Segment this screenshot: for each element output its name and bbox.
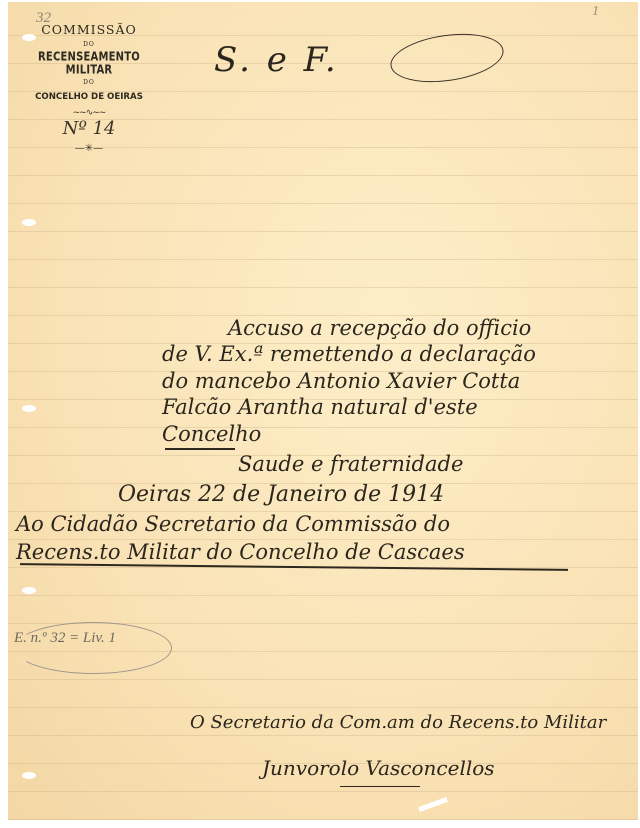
body-line: de V. Ex.ª remettendo a declaração [162,342,536,366]
ornament-icon: ~~∿~~ [14,108,164,118]
body-line: Falcão Arantha natural d'este [162,395,478,419]
letterhead: COMMISSÃO DO RECENSEAMENTO MILITAR DO CO… [14,20,164,154]
page-number: 1 [592,4,599,20]
letterhead-concelho: CONCELHO DE OEIRAS [14,92,164,102]
letterhead-commissao: COMMISSÃO [14,22,164,37]
document-number: Nº 14 [14,118,164,139]
body-line: do mancebo Antonio Xavier Cotta [162,369,520,393]
letterhead-do: DO [14,79,164,86]
paper-hole [22,772,36,779]
body-line: Accuso a recepção do officio [228,316,531,340]
addressee-line: Ao Cidadão Secretario da Commissão do [16,512,450,536]
margin-pencil-note: E. n.º 32 = Liv. 1 [14,630,116,647]
date-line: Oeiras 22 de Janeiro de 1914 [118,482,444,507]
signature-name: Junvorolo Vasconcellos [262,756,495,780]
paper-hole [22,405,36,412]
underline [165,448,235,450]
paper-tear [418,797,448,812]
paper-hole [22,219,36,226]
salutation: S. e F. [214,40,339,80]
addressee-line: Recens.to Militar do Concelho de Cascaes [16,540,465,564]
signature-title: O Secretario da Com.am do Recens.to Mili… [190,712,606,733]
ornament-star-icon: —✳— [14,143,164,154]
paper-hole [22,587,36,594]
signature-flourish [340,786,420,787]
letterhead-recenseamento: RECENSEAMENTO MILITAR [14,51,164,77]
body-line: Concelho [162,422,261,446]
letterhead-do: DO [14,41,164,48]
closing-greeting: Saude e fraternidade [238,452,463,476]
